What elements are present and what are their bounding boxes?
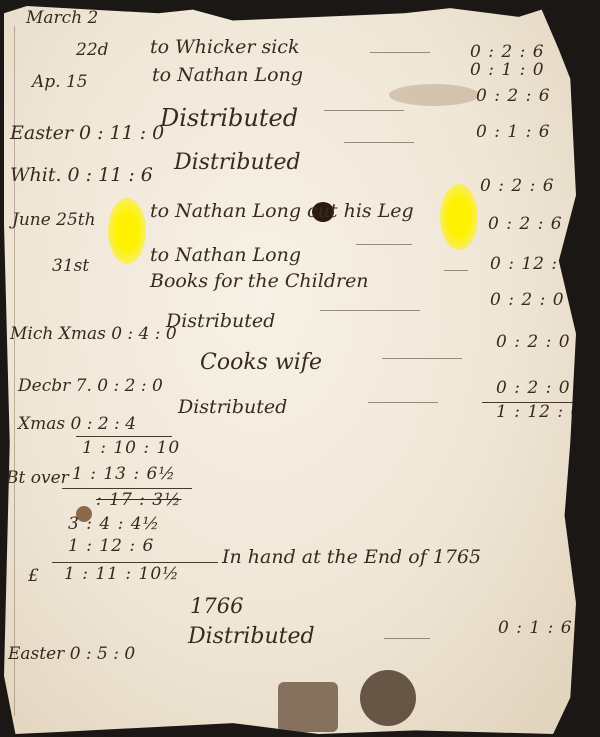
entry-date: Ap. 15 bbox=[32, 74, 88, 91]
sum-rule bbox=[76, 436, 172, 437]
entry-date: 22d bbox=[76, 42, 109, 59]
subtotal: 1 : 10 : 10 bbox=[82, 440, 180, 457]
entry-description: Distributed bbox=[166, 312, 275, 331]
entry-date: Easter 0 : 11 : 0 bbox=[10, 124, 164, 143]
yellow-highlight-mark bbox=[108, 198, 146, 264]
entry-date: Decbr 7. 0 : 2 : 0 bbox=[18, 378, 163, 395]
entry-date: Easter 0 : 5 : 0 bbox=[8, 646, 135, 663]
leader-line bbox=[444, 270, 468, 271]
entry-description: Books for the Children bbox=[150, 272, 369, 291]
entry-amount: 0 : 2 : 0 bbox=[490, 292, 565, 309]
entry-amount: 0 : 2 : 0 bbox=[496, 334, 571, 351]
leader-line bbox=[320, 310, 420, 311]
entry-amount: 0 : 1 : 6 bbox=[498, 620, 573, 637]
leader-line bbox=[384, 638, 430, 639]
entry-description: to Whicker sick bbox=[150, 38, 299, 57]
leader-line bbox=[324, 110, 404, 111]
entry-amount: 0 : 1 : 0 bbox=[470, 62, 545, 79]
entry-description: Distributed bbox=[178, 398, 287, 417]
struck-out-amount: : 17 : 3½ bbox=[96, 492, 182, 509]
ledger-page: March 2 22d to Whicker sick 0 : 2 : 6 Ap… bbox=[4, 6, 576, 734]
entry-description: Distributed bbox=[174, 152, 301, 174]
entry-description: to Nathan Long bbox=[150, 246, 301, 265]
leader-line bbox=[370, 52, 430, 53]
in-hand-amount: 1 : 11 : 10½ bbox=[64, 566, 180, 583]
leader-line bbox=[382, 358, 462, 359]
entry-description: to Nathan Long cut his Leg bbox=[150, 202, 414, 221]
entry-amount: 0 : 12 : 0 bbox=[490, 256, 576, 273]
stain-mark bbox=[389, 84, 479, 106]
leader-line bbox=[344, 142, 414, 143]
entry-amount: 0 : 2 : 6 bbox=[480, 178, 555, 195]
stain-mark bbox=[360, 670, 416, 726]
yellow-highlight-mark bbox=[440, 184, 478, 250]
brought-over-label: Bt over bbox=[6, 470, 69, 487]
leader-line bbox=[368, 402, 438, 403]
entry-date: Mich Xmas 0 : 4 : 0 bbox=[10, 326, 177, 343]
entry-description: Distributed bbox=[160, 106, 298, 130]
sum-amount: 3 : 4 : 4½ bbox=[68, 516, 160, 533]
leader-line bbox=[356, 244, 412, 245]
entry-amount: 0 : 1 : 6 bbox=[476, 124, 551, 141]
deduction-amount: 1 : 12 : 6 bbox=[68, 538, 154, 555]
in-hand-note: In hand at the End of 1765 bbox=[222, 548, 481, 567]
entry-date: Xmas 0 : 2 : 4 bbox=[18, 416, 136, 433]
entry-description: Distributed bbox=[188, 626, 315, 648]
entry-amount: 0 : 2 : 6 bbox=[476, 88, 551, 105]
sum-rule bbox=[62, 488, 192, 489]
entry-date: June 25th bbox=[12, 212, 96, 229]
entry-description: to Nathan Long bbox=[152, 66, 303, 85]
page-total: 1 : 12 : 0 bbox=[496, 404, 582, 421]
entry-description: Cooks wife bbox=[200, 352, 322, 374]
brought-over-amount: 1 : 13 : 6½ bbox=[72, 466, 176, 483]
stain-mark bbox=[278, 682, 338, 732]
entry-amount: 0 : 2 : 6 bbox=[488, 216, 563, 233]
currency-mark: £ bbox=[28, 568, 39, 585]
entry-amount: 0 : 2 : 6 bbox=[470, 44, 545, 61]
sum-rule bbox=[52, 562, 218, 563]
entry-date: March 2 bbox=[26, 10, 98, 27]
entry-date: Whit. 0 : 11 : 6 bbox=[10, 166, 153, 185]
entry-amount: 0 : 2 : 0 bbox=[496, 380, 571, 397]
entry-date: 31st bbox=[52, 258, 89, 275]
year-heading: 1766 bbox=[190, 596, 243, 617]
